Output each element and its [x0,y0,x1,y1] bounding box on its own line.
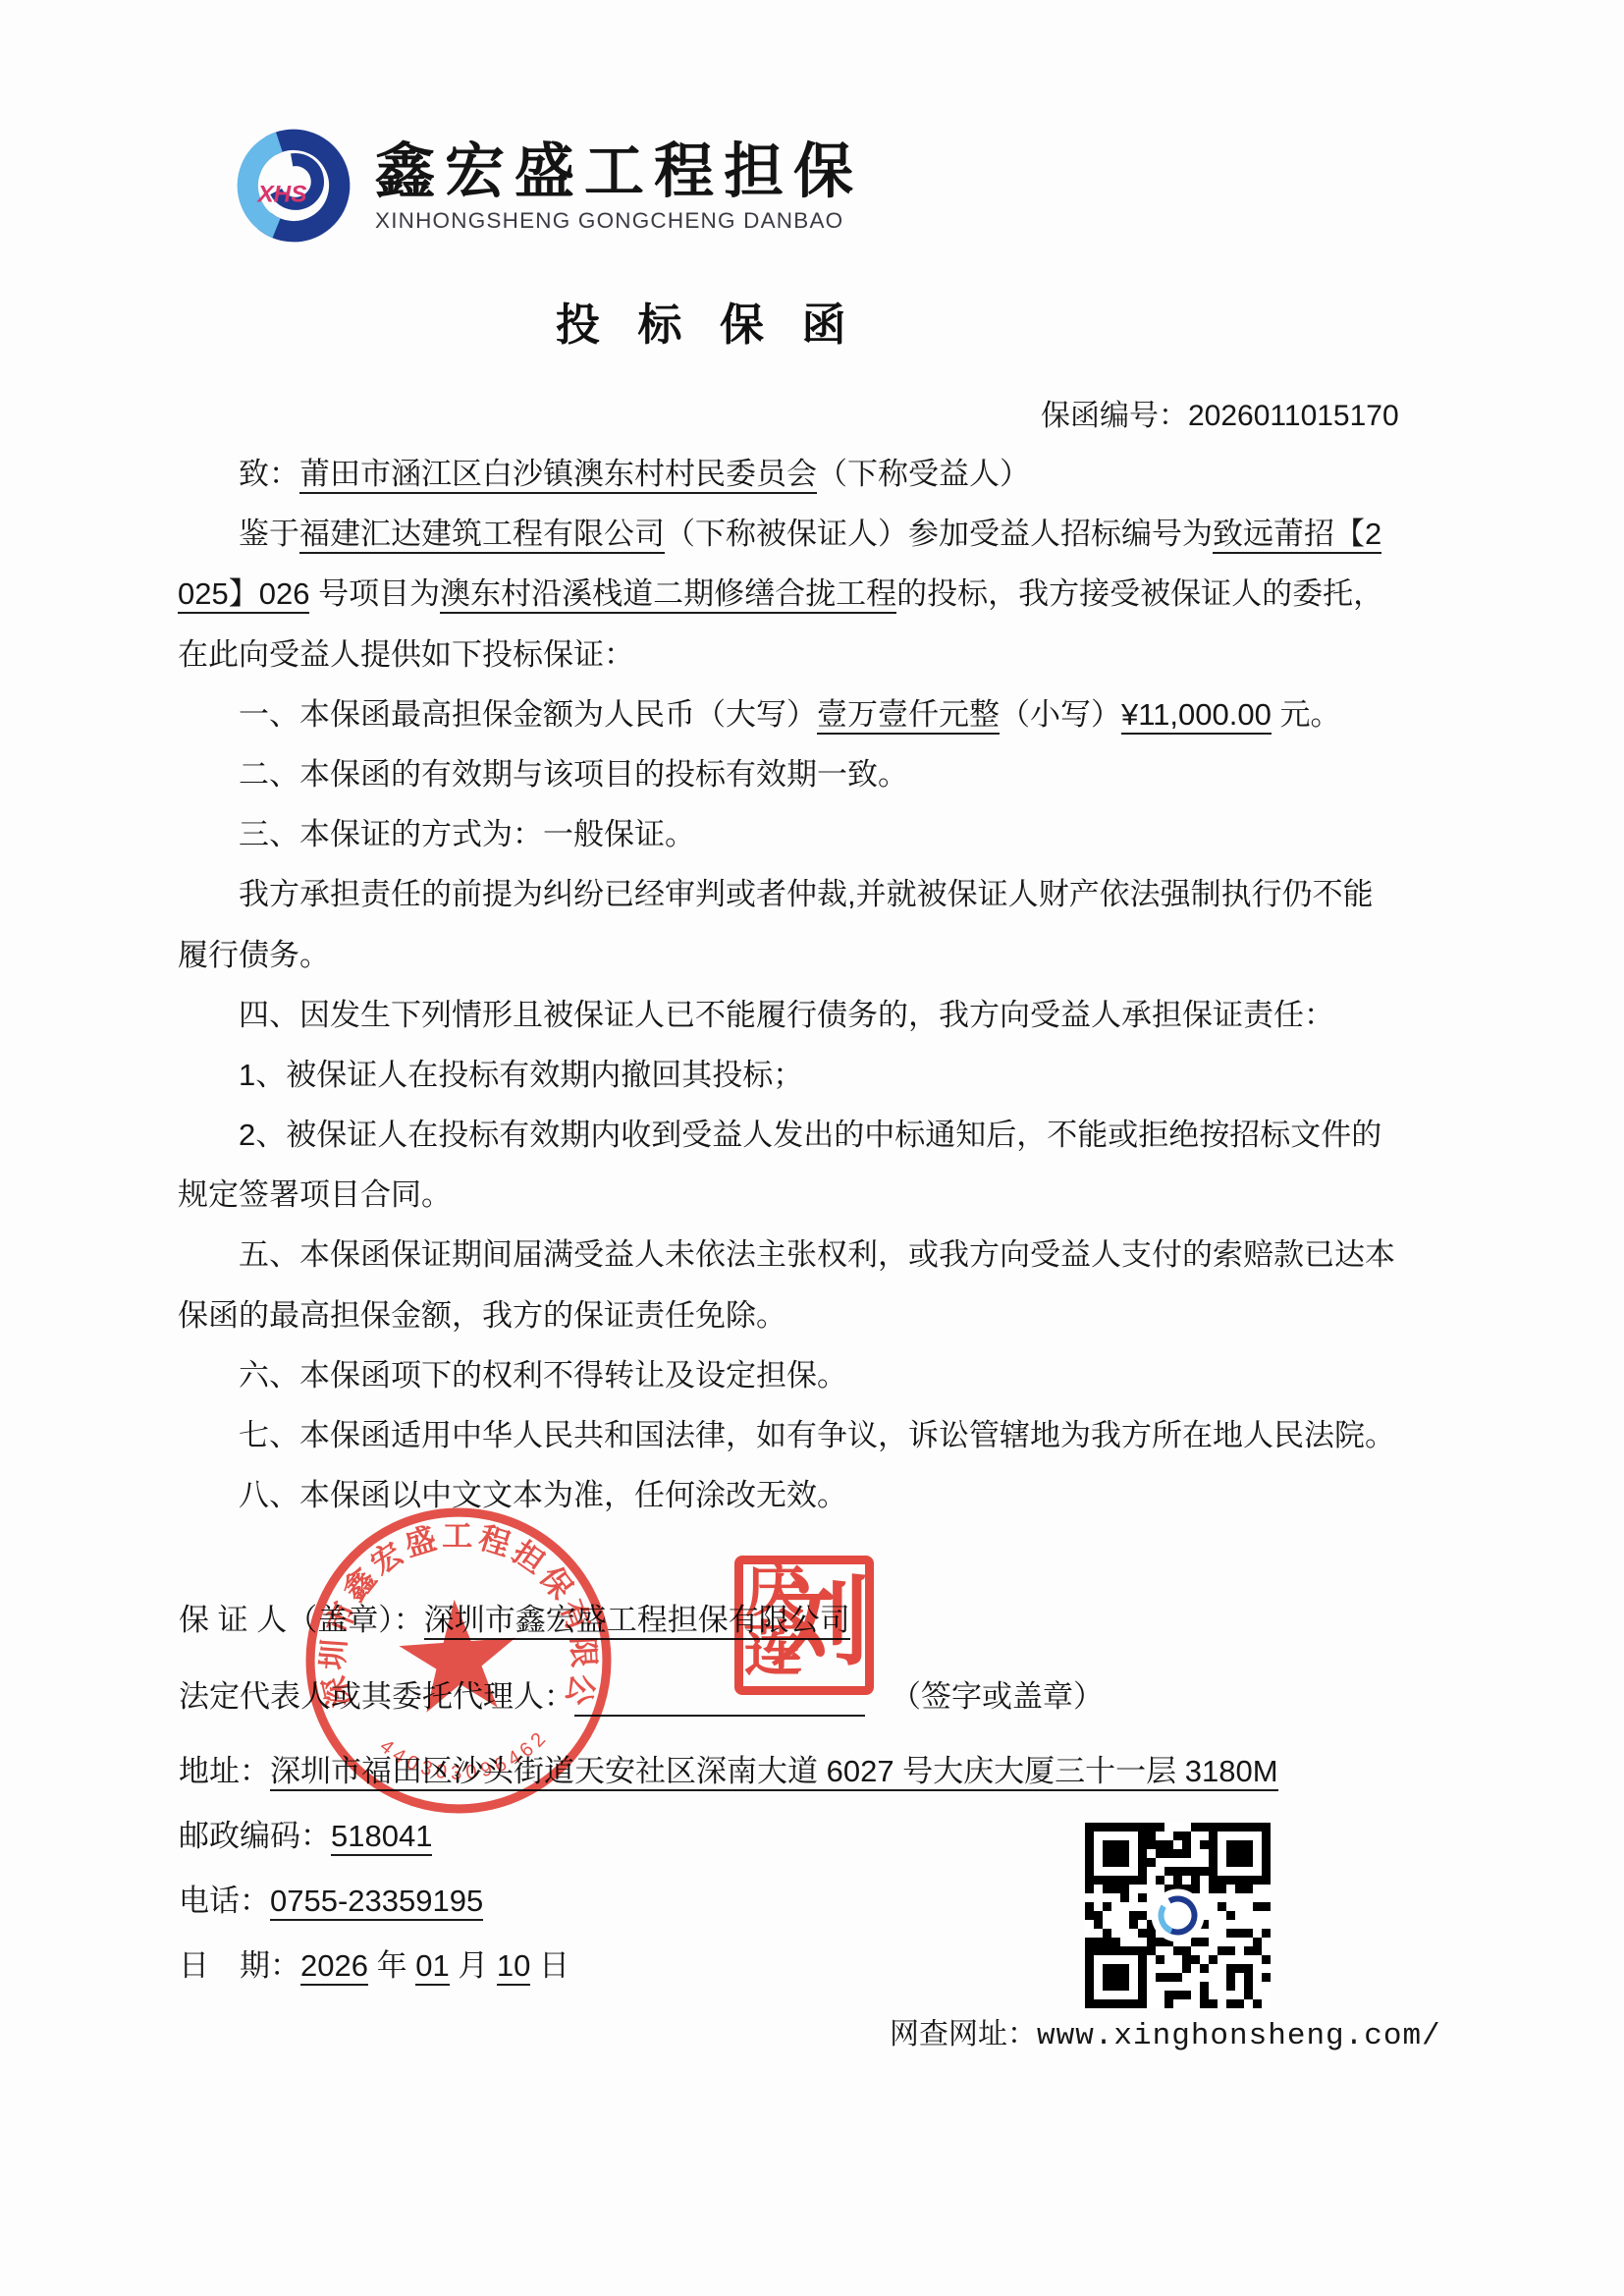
date-day: 10 [497,1948,530,1986]
body-line: 1、被保证人在投标有效期内撤回其投标； [178,1045,1470,1105]
body-line: 致：莆田市涵江区白沙镇澳东村村民委员会（下称受益人） [178,444,1470,504]
body-line: 二、本保函的有效期与该项目的投标有效期一致。 [178,744,1470,804]
body-text: 的投标，我方接受被保证人的委托， [896,576,1383,611]
document-title: 投 标 保 函 [556,289,859,353]
body-line: 在此向受益人提供如下投标保证： [178,625,1470,684]
date-row: 日 期：2026 年 01 月 10 日 [179,1946,569,1986]
underlined-text: ¥11,000.00 [1121,697,1272,735]
body-text: 致： [239,457,299,491]
legal-rep-suffix: （签字或盖章） [891,1679,1104,1714]
body-text: 在此向受益人提供如下投标保证： [178,637,634,672]
body-text: 四、因发生下列情形且被保证人已不能履行债务的，我方向受益人承担保证责任： [239,998,1334,1032]
body-line: 三、本保证的方式为：一般保证。 [178,804,1470,864]
body-line: 保函的最高担保金额，我方的保证责任免除。 [178,1285,1470,1345]
body-line: 规定签署项目合同。 [178,1165,1470,1225]
body-text: 鉴于 [239,517,299,551]
guarantee-number-value: 2026011015170 [1188,400,1399,432]
underlined-text: 025】026 [178,576,309,614]
body-text: 履行债务。 [178,938,330,972]
body-text: 二、本保函的有效期与该项目的投标有效期一致。 [239,757,908,792]
body-line: 五、本保函保证期间届满受益人未依法主张权利，或我方向受益人支付的索赔款已达本 [178,1225,1470,1285]
company-logo: XHS 鑫宏盛工程担保 XINHONGSHENG GONGCHENG DANBA… [230,122,863,249]
svg-text:440303096462: 440303096462 [374,1724,556,1790]
date-year-unit: 年 [368,1948,415,1983]
stamp-company-name: 深圳市鑫宏盛工程担保有限公司 [290,1492,605,1733]
guarantee-number: 保函编号：2026011015170 [1041,391,1399,434]
body-line: 七、本保函适用中华人民共和国法律，如有争议，诉讼管辖地为我方所在地人民法院。 [178,1405,1470,1465]
body-text: 我方承担责任的前提为纠纷已经审判或者仲裁,并就被保证人财产依法强制执行仍不能 [239,877,1374,911]
body-text: 保函的最高担保金额，我方的保证责任免除。 [178,1298,786,1333]
verify-url: www.xinghonsheng.com/ [1037,2019,1441,2053]
verify-url-label: 网查网址： [890,2018,1037,2050]
body-text: 规定签署项目合同。 [178,1177,452,1212]
company-name-cn: 鑫宏盛工程担保 [375,138,863,203]
phone-label: 电话： [179,1884,270,1918]
body-text: 一、本保函最高担保金额为人民币（大写） [239,697,817,732]
underlined-text: 致远莆招【2 [1213,517,1381,554]
body-text: 号项目为 [309,576,440,611]
body-text: （小写） [1000,697,1121,732]
underlined-text: 福建汇达建筑工程有限公司 [299,517,665,554]
guarantee-number-label: 保函编号： [1041,400,1188,432]
underlined-text: 壹万壹仟元整 [817,697,1000,735]
seal-char-bottom-left: 莲 [743,1619,802,1680]
qr-code [1085,1823,1271,2008]
verify-url-row: 网查网址：www.xinghonsheng.com/ [890,2009,1441,2053]
body-line: 025】026 号项目为澳东村沿溪栈道二期修缮合拢工程的投标，我方接受被保证人的… [178,564,1470,624]
body-line: 六、本保函项下的权利不得转让及设定担保。 [178,1345,1470,1405]
phone-value: 0755-23359195 [270,1884,483,1921]
body-line: 四、因发生下列情形且被保证人已不能履行债务的，我方向受益人承担保证责任： [178,985,1470,1045]
personal-name-seal: 刘 庆 莲 [734,1556,874,1695]
body-text: 五、本保函保证期间届满受益人未依法主张权利，或我方向受益人支付的索赔款已达本 [239,1237,1395,1272]
phone-row: 电话：0755-23359195 [179,1882,483,1921]
stamp-serial-number: 440303096462 [374,1724,556,1790]
date-month: 01 [415,1948,449,1986]
body-text: 七、本保函适用中华人民共和国法律，如有争议，诉讼管辖地为我方所在地人民法院。 [239,1418,1395,1452]
postcode-label: 邮政编码： [179,1819,331,1853]
company-logo-icon: XHS [230,122,357,249]
svg-text:深圳市鑫宏盛工程担保有限公司: 深圳市鑫宏盛工程担保有限公司 [290,1492,605,1733]
stamp-star-icon [396,1596,519,1715]
date-label: 日 期： [179,1948,300,1983]
body-line: 2、被保证人在投标有效期内收到受益人发出的中标通知后，不能或拒绝按招标文件的 [178,1105,1470,1165]
seal-char-top-left: 庆 [745,1560,804,1621]
logo-abbr-text: XHS [255,181,306,207]
document-page: XHS 鑫宏盛工程担保 XINHONGSHENG GONGCHENG DANBA… [0,0,1624,2296]
body-text: 三、本保证的方式为：一般保证。 [239,817,695,851]
underlined-text: 莆田市涵江区白沙镇澳东村村民委员会 [299,457,817,494]
date-month-unit: 月 [450,1948,497,1983]
letter-body: 致：莆田市涵江区白沙镇澳东村村民委员会（下称受益人）鉴于福建汇达建筑工程有限公司… [178,444,1470,1525]
body-text: 元。 [1272,697,1341,732]
address-label: 地址： [179,1754,270,1788]
body-line: 履行债务。 [178,925,1470,985]
body-text: （下称被保证人）参加受益人招标编号为 [665,517,1213,551]
company-logo-text: 鑫宏盛工程担保 XINHONGSHENG GONGCHENG DANBAO [375,138,863,234]
body-line: 我方承担责任的前提为纠纷已经审判或者仲裁,并就被保证人财产依法强制执行仍不能 [178,864,1470,924]
date-day-unit: 日 [530,1948,569,1983]
body-text: 1、被保证人在投标有效期内撤回其投标； [239,1058,803,1092]
company-name-en: XINHONGSHENG GONGCHENG DANBAO [375,208,863,234]
body-text: 六、本保函项下的权利不得转让及设定担保。 [239,1358,847,1393]
body-line: 鉴于福建汇达建筑工程有限公司（下称被保证人）参加受益人招标编号为致远莆招【2 [178,504,1470,564]
body-text: （下称受益人） [817,457,1030,491]
body-line: 一、本保函最高担保金额为人民币（大写）壹万壹仟元整（小写）¥11,000.00 … [178,684,1470,744]
company-round-stamp: 深圳市鑫宏盛工程担保有限公司 440303096462 [290,1492,627,1830]
date-year: 2026 [300,1948,368,1986]
underlined-text: 澳东村沿溪栈道二期修缮合拢工程 [440,576,896,614]
body-text: 2、被保证人在投标有效期内收到受益人发出的中标通知后，不能或拒绝按招标文件的 [239,1118,1381,1152]
